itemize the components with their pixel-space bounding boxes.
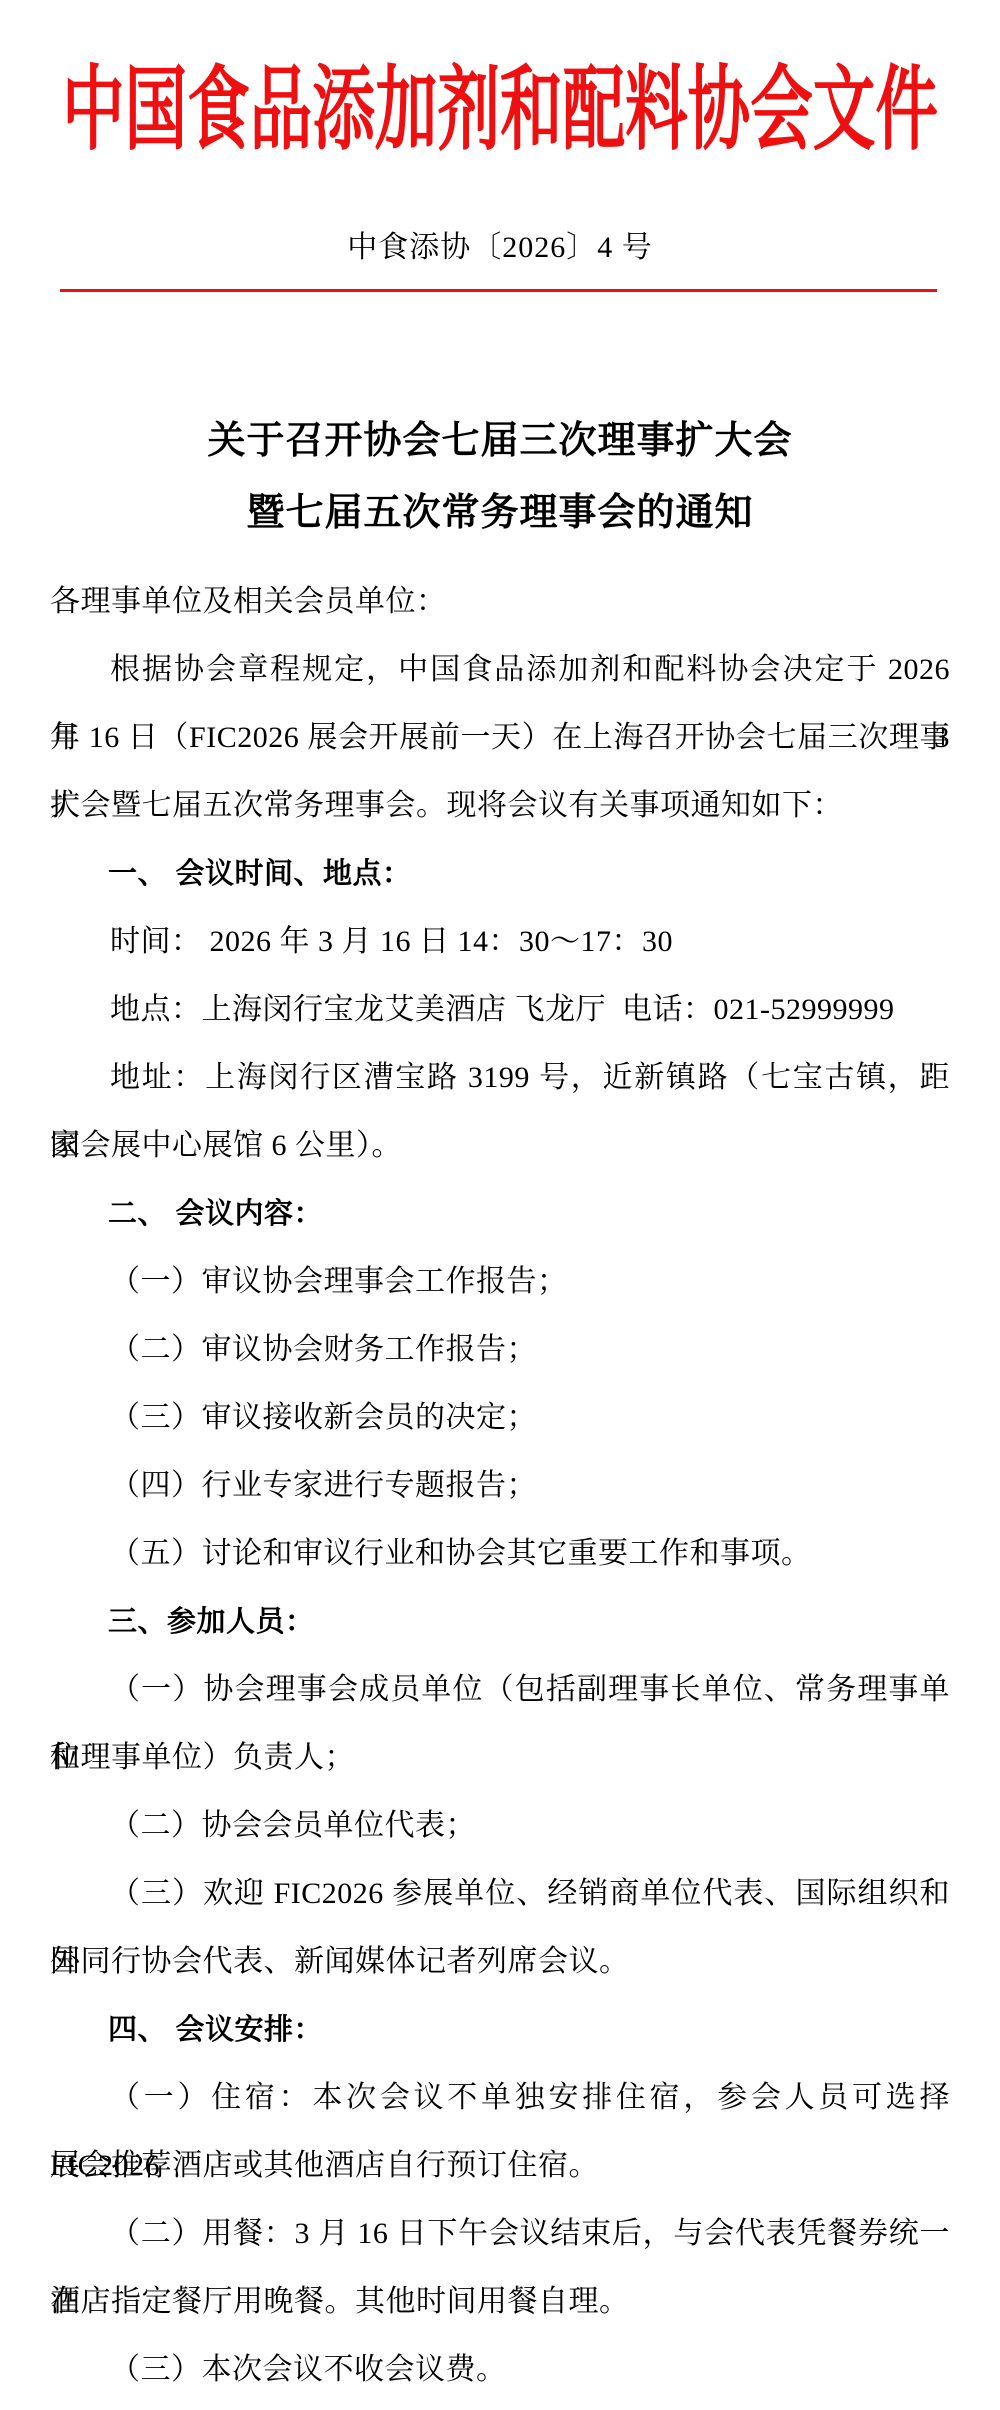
body-line: （三）审议接收新会员的决定； <box>50 1384 950 1452</box>
body-line: 酒店指定餐厅用晚餐。其他时间用餐自理。 <box>50 2268 950 2336</box>
letterhead: 中国食品添加剂和配料协会文件 <box>0 42 1000 162</box>
body-line: （一）协会理事会成员单位（包括副理事长单位、常务理事单位 <box>50 1656 950 1724</box>
notice-title-line-1: 关于召开协会七届三次理事扩大会 <box>0 416 1000 466</box>
body-line: （一）审议协会理事会工作报告； <box>50 1248 950 1316</box>
body-line: 大会暨七届五次常务理事会。现将会议有关事项通知如下： <box>50 772 950 840</box>
section-heading: 一、 会议时间、地点： <box>50 840 950 908</box>
document-body: 各理事单位及相关会员单位：根据协会章程规定，中国食品添加剂和配料协会决定于 20… <box>50 568 950 2404</box>
section-heading: 三、参加人员： <box>50 1588 950 1656</box>
body-line: 月 16 日（FIC2026 展会开展前一天）在上海召开协会七届三次理事扩 <box>50 704 950 772</box>
body-line: 根据协会章程规定，中国食品添加剂和配料协会决定于 2026 年 3 <box>50 636 950 704</box>
letterhead-title: 中国食品添加剂和配料协会文件 <box>62 36 938 168</box>
section-heading: 四、 会议安排： <box>50 1996 950 2064</box>
section-heading: 二、 会议内容： <box>50 1180 950 1248</box>
body-line: 展会推荐酒店或其他酒店自行预订住宿。 <box>50 2132 950 2200</box>
body-line: （二）审议协会财务工作报告； <box>50 1316 950 1384</box>
body-line: （四）行业专家进行专题报告； <box>50 1452 950 1520</box>
body-line: （二）用餐：3 月 16 日下午会议结束后，与会代表凭餐券统一在 <box>50 2200 950 2268</box>
body-line: 地点：上海闵行宝龙艾美酒店 飞龙厅 电话：021-52999999 <box>50 976 950 1044</box>
body-line: （一）住宿：本次会议不单独安排住宿，参会人员可选择 FIC2026 <box>50 2064 950 2132</box>
document-number: 中食添协〔2026〕4 号 <box>0 226 1000 270</box>
body-line: 和理事单位）负责人； <box>50 1724 950 1792</box>
body-line: 时间： 2026 年 3 月 16 日 14：30～17：30 <box>50 908 950 976</box>
notice-title-line-2: 暨七届五次常务理事会的通知 <box>0 488 1000 538</box>
red-divider <box>60 289 937 292</box>
body-line: 地址：上海闵行区漕宝路 3199 号，近新镇路（七宝古镇，距国 <box>50 1044 950 1112</box>
body-line: 家会展中心展馆 6 公里）。 <box>50 1112 950 1180</box>
body-line: （五）讨论和审议行业和协会其它重要工作和事项。 <box>50 1520 950 1588</box>
body-line: 各理事单位及相关会员单位： <box>50 568 950 636</box>
body-line: 外同行协会代表、新闻媒体记者列席会议。 <box>50 1928 950 1996</box>
body-line: （二）协会会员单位代表； <box>50 1792 950 1860</box>
notice-document: 中国食品添加剂和配料协会文件 中食添协〔2026〕4 号 关于召开协会七届三次理… <box>0 0 1000 2410</box>
body-line: （三）本次会议不收会议费。 <box>50 2336 950 2404</box>
body-line: （三）欢迎 FIC2026 参展单位、经销商单位代表、国际组织和国 <box>50 1860 950 1928</box>
